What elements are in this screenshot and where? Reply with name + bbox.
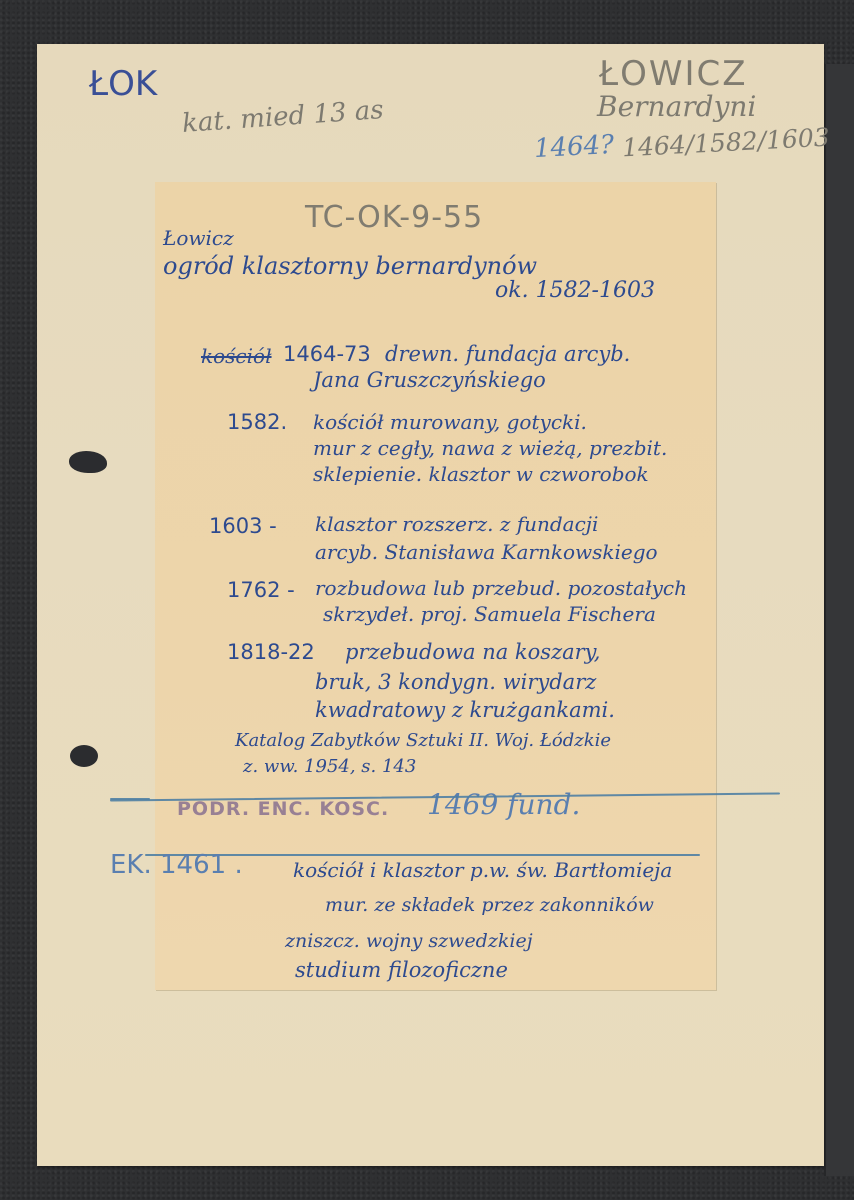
entry-line: Jana Gruszczyńskiego bbox=[313, 368, 546, 392]
binder-strip bbox=[824, 64, 854, 1176]
corner-code: ŁOK bbox=[89, 64, 157, 104]
ek-line: studium filozoficzne bbox=[295, 958, 508, 982]
entry-line: przebudowa na koszary, bbox=[345, 640, 600, 664]
ek-line: zniszcz. wojny szwedzkiej bbox=[285, 930, 533, 952]
entry-line: klasztor rozszerz. z fundacji bbox=[315, 512, 598, 536]
card-title-line: ok. 1582-1603 bbox=[495, 278, 655, 303]
punch-hole bbox=[69, 451, 107, 473]
stamp-note: 1469 fund. bbox=[427, 788, 580, 821]
dates-blue: 1464? bbox=[533, 130, 615, 164]
entry-date: 1818-22 bbox=[227, 640, 315, 664]
punch-hole bbox=[70, 745, 98, 767]
entry-line: kwadratowy z krużgankami. bbox=[315, 698, 615, 722]
divider-line bbox=[110, 798, 150, 800]
entry-line: drewn. fundacja arcyb. bbox=[385, 342, 630, 366]
source-line: z. ww. 1954, s. 143 bbox=[243, 756, 416, 777]
entry-date: 1603 - bbox=[209, 514, 277, 538]
ek-line: kościół i klasztor p.w. św. Bartłomieja bbox=[293, 858, 672, 882]
entry-line: arcyb. Stanisława Karnkowskiego bbox=[315, 540, 658, 564]
location-title: ŁOWICZ bbox=[599, 54, 748, 94]
card-title-line: ogród klasztorny bernardynów bbox=[163, 252, 537, 280]
source-line: Katalog Zabytków Sztuki II. Woj. Łódzkie bbox=[235, 730, 611, 751]
pencil-note: kat. mied 13 as bbox=[181, 95, 384, 139]
entry-line: sklepienie. klasztor w czworobok bbox=[313, 462, 649, 486]
card-title-line: Łowicz bbox=[163, 226, 234, 250]
entry-date: 1582. bbox=[227, 410, 287, 434]
catalog-id: TC-OK-9-55 bbox=[305, 200, 483, 235]
entry-line: bruk, 3 kondygn. wirydarz bbox=[315, 670, 596, 694]
ek-line: mur. ze składek przez zakonników bbox=[325, 894, 654, 916]
entry-date: 1464-73 bbox=[283, 342, 371, 366]
entry-date: 1762 - bbox=[227, 578, 295, 602]
struck-word: kościół bbox=[201, 344, 272, 368]
dates-pencil: 1464/1582/1603 bbox=[621, 123, 830, 163]
entry-line: kościół murowany, gotycki. bbox=[313, 410, 587, 434]
entry-line: rozbudowa lub przebud. pozostałych bbox=[315, 576, 687, 600]
entry-line: mur z cegły, nawa z wieżą, prezbit. bbox=[313, 436, 667, 460]
order-name: Bernardyni bbox=[597, 90, 756, 123]
ek-label: EK. 1461 . bbox=[110, 850, 243, 880]
library-stamp: PODR. ENC. KOSC. bbox=[177, 798, 389, 820]
entry-line: skrzydeł. proj. Samuela Fischera bbox=[323, 602, 656, 626]
